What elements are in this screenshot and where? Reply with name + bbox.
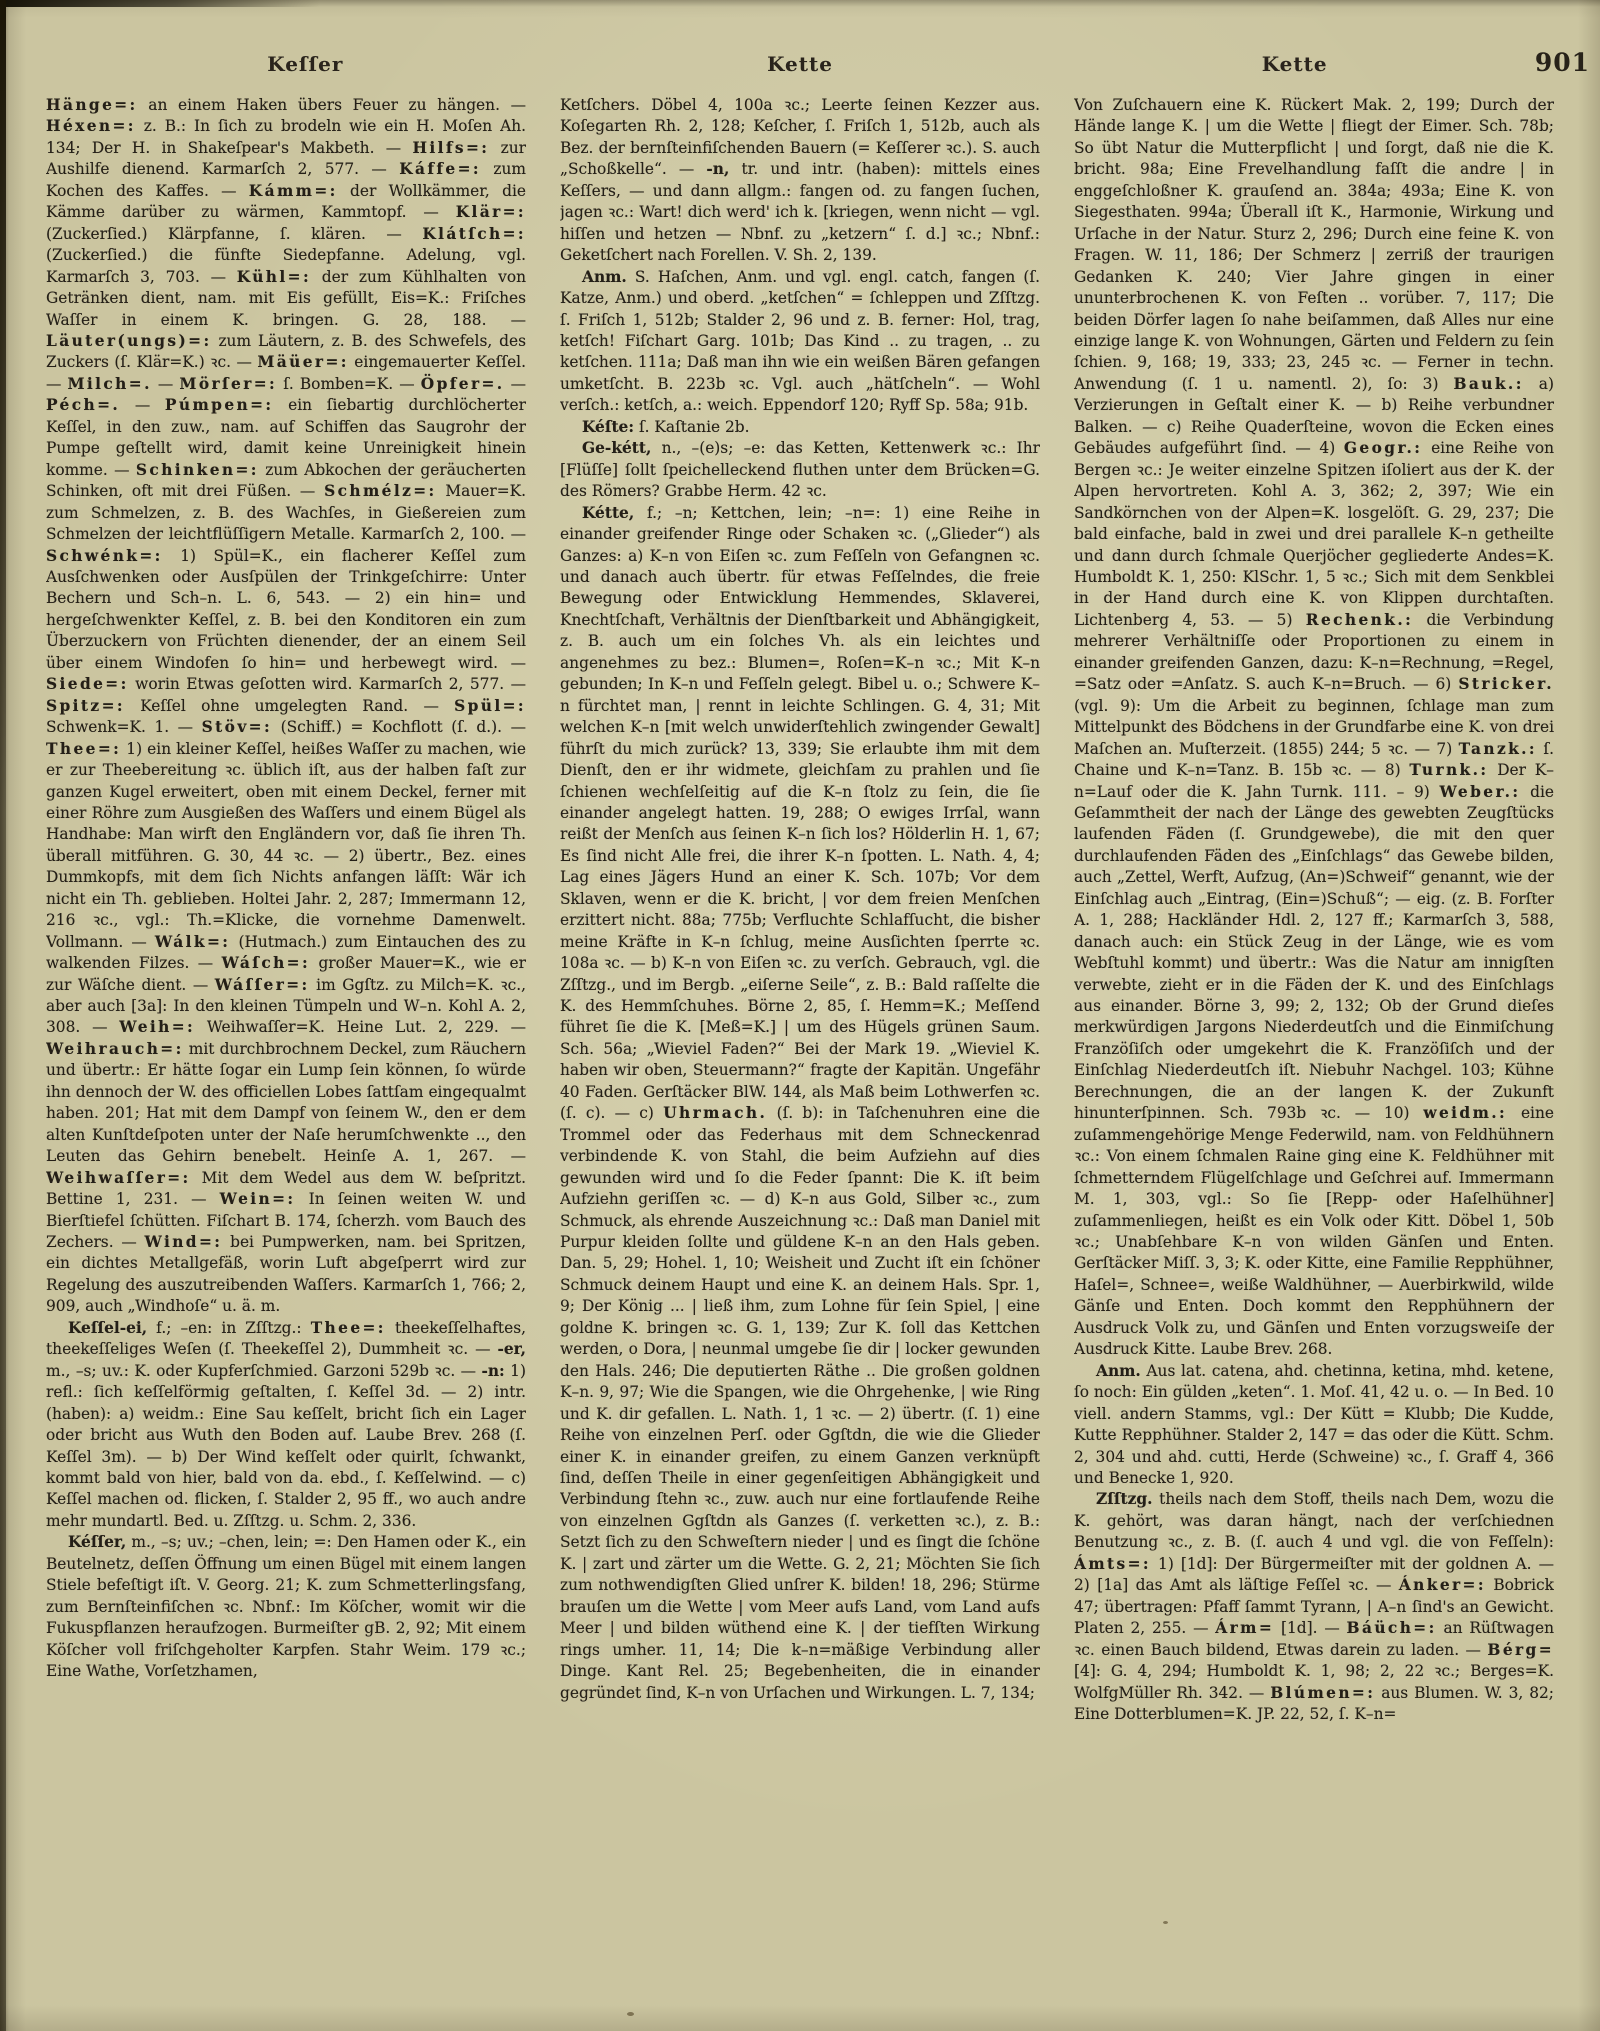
text-segment: eine Reihe von Bergen ꝛc.: Je weiter ein… [1074, 439, 1554, 629]
entry-headword: Siede=: [46, 675, 129, 693]
entry-headword: Spül=: [454, 697, 526, 715]
entry-headword: Hänge=: [46, 96, 138, 114]
entry-headword: Uhrmach. [663, 1104, 767, 1122]
entry-headword: Weber.: [1440, 783, 1521, 801]
column-right: Von Zuſchauern eine K. Rückert Mak. 2, 1… [1074, 95, 1554, 2010]
entry-headword: Milch=. [67, 375, 151, 393]
text-segment: (ſ. b): in Taſchenuhren eine die Trommel… [560, 1104, 1040, 1701]
text-segment: — [120, 396, 165, 414]
text-segment: Aus lat. catena, ahd. chetinna, ketina, … [1074, 1362, 1554, 1487]
dictionary-paragraph: Kéſſer, m., –s; uv.; –chen, lein; =: Den… [46, 1532, 526, 1682]
dictionary-paragraph: Anm. Aus lat. catena, ahd. chetinna, ket… [1074, 1361, 1554, 1490]
scan-edge-shadow-top [0, 0, 320, 7]
dictionary-paragraph: Kéſte: ſ. Kaſtanie 2b. [560, 417, 1040, 438]
text-segment: f.; –en: in Zſſtzg.: [147, 1319, 311, 1337]
entry-headword: Anm. [582, 268, 627, 286]
entry-headword: Schinken=: [136, 461, 259, 479]
dictionary-paragraph: Ketſchers. Döbel 4, 100a ꝛc.; Leerte ſei… [560, 95, 1040, 267]
dictionary-paragraph: Zſſtzg. theils nach dem Stoff, theils na… [1074, 1489, 1554, 1725]
text-segment: Weihwaſſer=K. Heine Lut. 2, 229. — [195, 1018, 526, 1036]
entry-headword: Wálk=: [155, 933, 230, 951]
entry-headword: weidm.: [1423, 1104, 1507, 1122]
entry-headword: Wáſch=: [222, 954, 310, 972]
entry-headword: Héxen=: [46, 117, 136, 135]
running-head-left: Keſſer [58, 52, 553, 76]
dictionary-paragraph: Hänge=: an einem Haken übers Feuer zu hä… [46, 95, 526, 1318]
running-head: Keſſer Kette Kette [58, 52, 1542, 82]
entry-headword: Ánker=: [1399, 1576, 1486, 1594]
column-left: Hänge=: an einem Haken übers Feuer zu hä… [46, 95, 526, 2010]
entry-headword: Kéſte: [582, 418, 634, 436]
text-segment: eine zuſammengehörige Menge Federwild, n… [1074, 1104, 1554, 1358]
text-segment: 1) refl.: ſich keſſelförmig geſtalten, ſ… [46, 1362, 526, 1530]
entry-headword: Péch=. [46, 396, 120, 414]
entry-headword: Hilfs=: [412, 139, 489, 157]
entry-headword: Árm= [1215, 1619, 1274, 1637]
entry-headword: Kühl=: [237, 268, 311, 286]
text-segment: (Zuckerſied.) Klärpfanne, ſ. klären. — [46, 225, 422, 243]
text-segment: f.; –n; Kettchen, lein; –n=: 1) eine Rei… [560, 504, 1040, 1123]
text-segment: an einem Haken übers Feuer zu hängen. — [138, 96, 526, 114]
text-segment: worin Etwas geſotten wird. Karmarſch 2, … [129, 675, 526, 693]
entry-headword: Bauk.: [1454, 375, 1524, 393]
entry-headword: Rechenk.: [1306, 611, 1413, 629]
entry-headword: Schmélz=: [324, 482, 437, 500]
entry-headword: Kámm=: [249, 182, 338, 200]
entry-headword: Kéſſer, [68, 1533, 126, 1551]
entry-headword: Wein=: [220, 1190, 296, 1208]
text-segment: ſ. Bomben=K. — [277, 375, 421, 393]
text-segment: 1) ein kleiner Keſſel, heißes Waſſer zu … [46, 740, 526, 951]
entry-headword: Weih=: [119, 1018, 195, 1036]
entry-headword: Weihrauch=: [46, 1040, 184, 1058]
text-segment: (Schiff.) = Kochflott (ſ. d.). — [272, 718, 526, 736]
text-segment: — [505, 375, 526, 393]
entry-headword: Klär=: [456, 203, 526, 221]
dictionary-paragraph: Kétte, f.; –n; Kettchen, lein; –n=: 1) e… [560, 503, 1040, 1704]
scan-speck [627, 2012, 634, 2016]
entry-headword: Öpfer=. [421, 375, 505, 393]
entry-headword: Wind=: [145, 1233, 223, 1251]
text-segment: — [152, 375, 180, 393]
entry-headword: Keſſel-ei, [68, 1319, 147, 1337]
entry-headword: Ámts=: [1074, 1555, 1151, 1573]
entry-headword: Thee=: [311, 1319, 386, 1337]
entry-headword: Káffe=: [399, 160, 481, 178]
entry-headword: Weihwaſſer=: [46, 1169, 191, 1187]
text-segment: 1) Spül=K., ein flacherer Keſſel zum Aus… [46, 547, 526, 672]
text-segment: die Geſammtheit der nach der Länge des g… [1074, 783, 1554, 1123]
page-number: 901 [1535, 48, 1590, 77]
dictionary-page: Keſſer Kette Kette 901 Hänge=: an einem … [0, 0, 1600, 2031]
text-segment: mit durchbrochnem Deckel, zum Räuchern u… [46, 1040, 526, 1165]
dictionary-paragraph: Von Zuſchauern eine K. Rückert Mak. 2, 1… [1074, 95, 1554, 1361]
entry-headword: Läuter(ungs)=: [46, 332, 212, 350]
entry-headword: Anm. [1096, 1362, 1141, 1380]
entry-headword: Ge-kétt, [582, 439, 651, 457]
dictionary-paragraph: Anm. S. Haſchen, Anm. und vgl. engl. cat… [560, 267, 1040, 417]
text-segment: S. Haſchen, Anm. und vgl. engl. catch, f… [560, 268, 1040, 415]
entry-headword: Klátſch=: [422, 225, 526, 243]
entry-headword: Geogr.: [1344, 439, 1423, 457]
entry-headword: Stöv=: [202, 718, 272, 736]
entry-headword: Spitz=: [46, 697, 125, 715]
text-columns: Hänge=: an einem Haken übers Feuer zu hä… [46, 95, 1554, 2010]
entry-headword: -n: [481, 1362, 504, 1380]
entry-headword: Mörſer=: [179, 375, 277, 393]
entry-headword: Thee=: [46, 740, 121, 758]
entry-headword: Tanzk.: [1459, 740, 1537, 758]
text-segment: ſ. Kaſtanie 2b. [634, 418, 749, 436]
text-segment: Schwenk=K. 1. — [46, 718, 202, 736]
entry-headword: Báüch=: [1347, 1619, 1437, 1637]
dictionary-paragraph: Keſſel-ei, f.; –en: in Zſſtzg.: Thee=: t… [46, 1318, 526, 1533]
entry-headword: Kétte, [582, 504, 634, 522]
entry-headword: Wáſſer=: [215, 976, 310, 994]
entry-headword: Stricker. [1458, 675, 1554, 693]
running-head-center: Kette [553, 52, 1048, 76]
dictionary-paragraph: Ge-kétt, n., –(e)s; –e: das Ketten, Kett… [560, 438, 1040, 502]
entry-headword: Bérg= [1487, 1641, 1554, 1659]
entry-headword: -n, [706, 160, 729, 178]
running-head-right: Kette [1047, 52, 1542, 76]
entry-headword: Schwénk=: [46, 547, 163, 565]
text-segment: Keſſel ohne umgelegten Rand. — [125, 697, 454, 715]
entry-headword: Zſſtzg. [1096, 1490, 1152, 1508]
column-center: Ketſchers. Döbel 4, 100a ꝛc.; Leerte ſei… [560, 95, 1040, 2010]
text-segment: m., –s; uv.: K. oder Kupferſchmied. Garz… [46, 1362, 481, 1380]
text-segment: Von Zuſchauern eine K. Rückert Mak. 2, 1… [1074, 96, 1554, 393]
scan-edge-shadow-left [0, 0, 6, 2031]
text-segment: m., –s; uv.; –chen, lein; =: Den Hamen o… [46, 1533, 526, 1680]
entry-headword: Turnk.: [1409, 761, 1488, 779]
entry-headword: Blúmen=: [1270, 1684, 1375, 1702]
text-segment: [1d]. — [1274, 1619, 1346, 1637]
entry-headword: Mäüer=: [257, 353, 348, 371]
entry-headword: -er, [497, 1340, 526, 1358]
entry-headword: Púmpen=: [165, 396, 274, 414]
